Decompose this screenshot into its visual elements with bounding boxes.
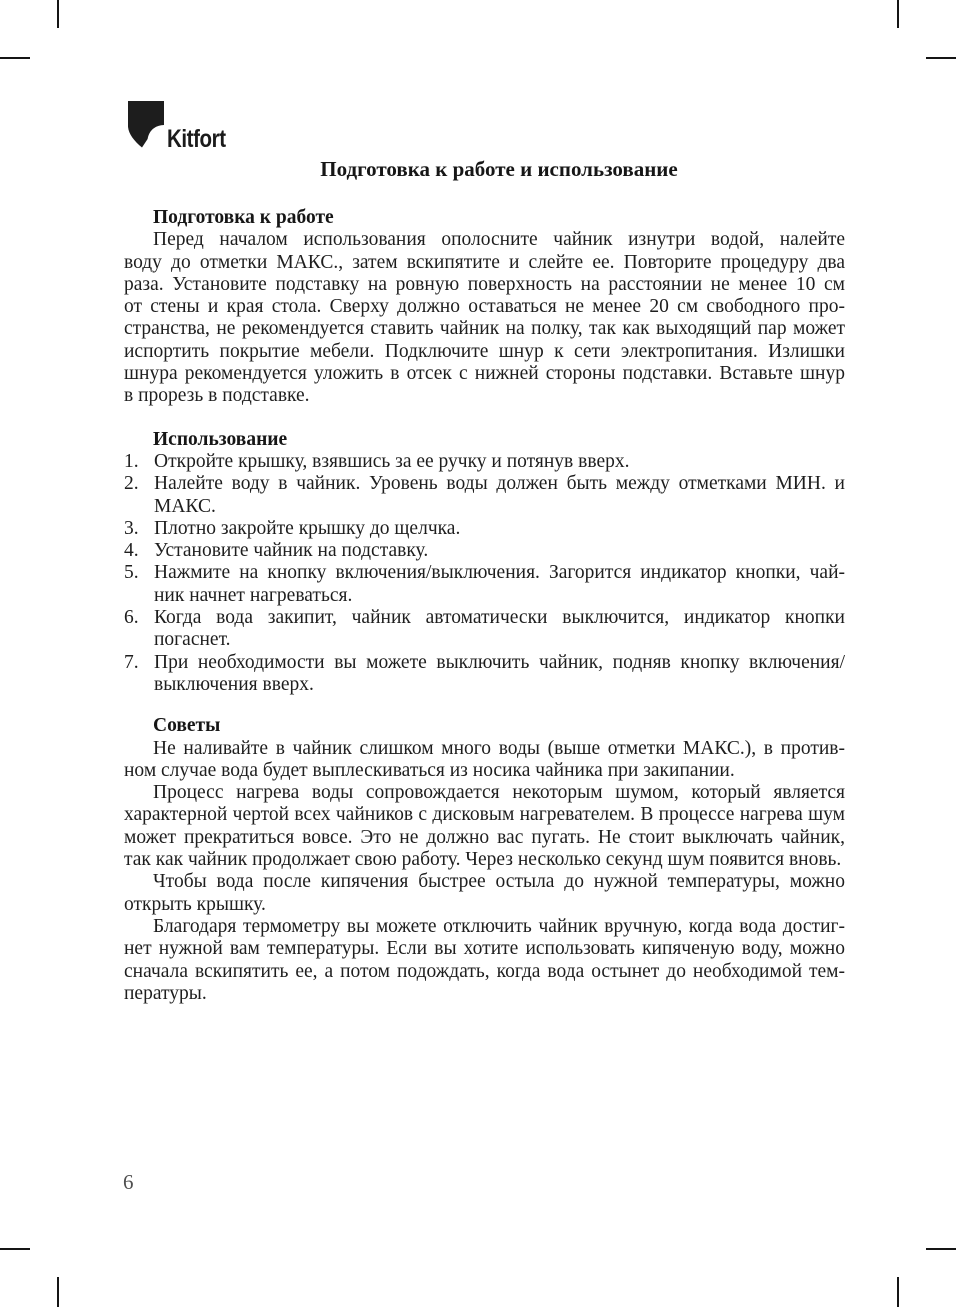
list-number: 4. — [124, 540, 154, 562]
kitfort-wordmark: Kitfort — [167, 129, 226, 150]
list-item: 1. Откройте крышку, взявшись за ее ручку… — [124, 451, 845, 473]
paragraph-line: воду до отметки МАКС., затем вскипятите … — [124, 252, 845, 274]
list-line: Налейте воду в чайник. Уровень воды долж… — [154, 473, 845, 495]
list-item: 6. Когда вода закипит, чайник автоматиче… — [124, 607, 845, 652]
section-heading-tips: Советы — [124, 715, 845, 737]
kitfort-flag-icon — [128, 101, 164, 149]
list-number: 6. — [124, 607, 154, 652]
list-number: 3. — [124, 518, 154, 540]
page-body: Подготовка к работе Перед началом исполь… — [124, 207, 845, 1005]
paragraph-line: сначала вскипятить ее, а потом подождать… — [124, 961, 845, 983]
paragraph-line: шнура рекомендуется уложить в отсек с ни… — [124, 363, 845, 385]
page-number: 6 — [123, 1170, 134, 1194]
crop-mark-bottom-left-horizontal — [0, 1248, 30, 1250]
manual-page: Kitfort Подготовка к работе и использова… — [0, 0, 956, 1307]
paragraph-line: Чтобы вода после кипячения быстрее остыл… — [124, 871, 845, 893]
paragraph-line: раза. Установите подставку на ровную пов… — [124, 274, 845, 296]
paragraph-line: пературы. — [124, 983, 845, 1005]
list-number: 5. — [124, 562, 154, 607]
list-line: ник начнет нагреваться. — [154, 585, 845, 607]
paragraph-line: открыть крышку. — [124, 894, 845, 916]
paragraph-line: в прорезь в подставке. — [124, 385, 845, 407]
crop-mark-top-right-vertical — [897, 0, 899, 28]
list-line: выключения вверх. — [154, 674, 845, 696]
list-item: 7. При необходимости вы можете выключить… — [124, 652, 845, 697]
list-line: МАКС. — [154, 496, 845, 518]
list-item: 3. Плотно закройте крышку до щелчка. — [124, 518, 845, 540]
list-number: 7. — [124, 652, 154, 697]
list-line: Нажмите на кнопку включения/выключения. … — [154, 562, 845, 584]
page-title: Подготовка к работе и использование — [124, 157, 845, 181]
list-item: 2. Налейте воду в чайник. Уровень воды д… — [124, 473, 845, 518]
paragraph-line: странства, не рекомендуется ставить чайн… — [124, 318, 845, 340]
list-line: Откройте крышку, взявшись за ее ручку и … — [154, 451, 845, 473]
list-number: 2. — [124, 473, 154, 518]
paragraph-line: Не наливайте в чайник слишком много воды… — [124, 738, 845, 760]
list-item: 5. Нажмите на кнопку включения/выключени… — [124, 562, 845, 607]
section-heading-usage: Использование — [124, 429, 845, 451]
paragraph-line: нет нужной вам температуры. Если вы хоти… — [124, 938, 845, 960]
paragraph-line: Благодаря термометру вы можете отключить… — [124, 916, 845, 938]
list-number: 1. — [124, 451, 154, 473]
list-line: погаснет. — [154, 629, 845, 651]
list-line: Когда вода закипит, чайник автоматически… — [154, 607, 845, 629]
paragraph-line: от стены и края стола. Сверху должно ост… — [124, 296, 845, 318]
list-line: При необходимости вы можете выключить ча… — [154, 652, 845, 674]
crop-mark-top-right-horizontal — [926, 57, 956, 59]
list-line: Плотно закройте крышку до щелчка. — [154, 518, 845, 540]
crop-mark-bottom-right-horizontal — [926, 1248, 956, 1250]
paragraph-line: Перед началом использования ополосните ч… — [124, 229, 845, 251]
paragraph-line: ном случае вода будет выплескиваться из … — [124, 760, 845, 782]
crop-mark-bottom-left-vertical — [57, 1277, 59, 1307]
section-heading-preparation: Подготовка к работе — [124, 207, 845, 229]
crop-mark-top-left-horizontal — [0, 57, 30, 59]
paragraph-line: Процесс нагрева воды сопровождается неко… — [124, 782, 845, 804]
list-line: Установите чайник на подставку. — [154, 540, 845, 562]
list-item: 4. Установите чайник на подставку. — [124, 540, 845, 562]
kitfort-logo: Kitfort — [128, 101, 238, 149]
crop-mark-top-left-vertical — [57, 0, 59, 28]
paragraph-line: испортить покрытие мебели. Подключите шн… — [124, 341, 845, 363]
crop-mark-bottom-right-vertical — [897, 1277, 899, 1307]
paragraph-line: характерной чертой всех чайников с диско… — [124, 804, 845, 826]
paragraph-line: может прекратиться вовсе. Это не должно … — [124, 827, 845, 849]
paragraph-line: так как чайник продолжает свою работу. Ч… — [124, 849, 845, 871]
